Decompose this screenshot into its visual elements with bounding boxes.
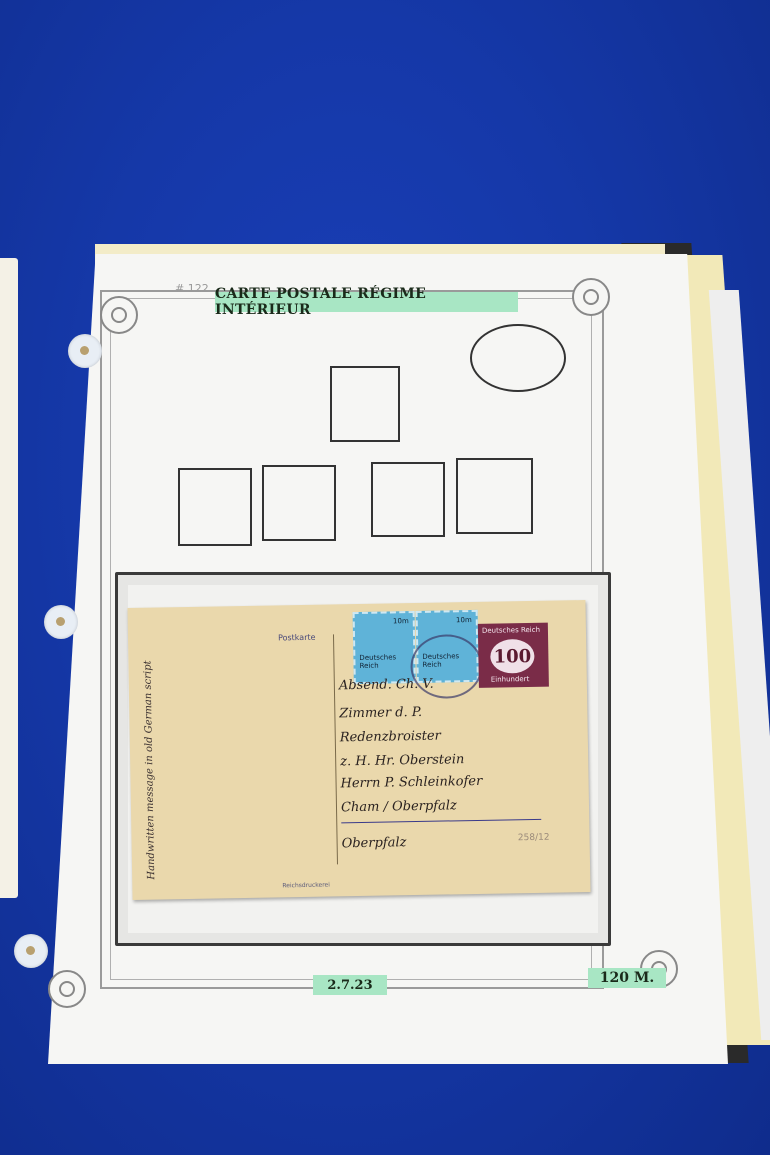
postcard-divider	[333, 634, 338, 864]
stamp-placeholder	[262, 465, 336, 541]
binder-hole	[14, 934, 48, 968]
address-line: z. H. Hr. Oberstein	[340, 752, 464, 769]
adjacent-album-page	[0, 258, 18, 898]
stamp-placeholder	[330, 366, 400, 442]
binder-hole	[68, 334, 102, 368]
corner-ornament-bottom-left	[48, 970, 86, 1008]
stamp-purple-100: Deutsches Reich 100 Einhundert	[478, 623, 549, 688]
postcard-footer: Reichsdruckerei	[282, 882, 330, 890]
stamp-blue-10m: Deutsches Reich 10m	[353, 611, 416, 684]
stamp-placeholder	[178, 468, 252, 546]
binder-hole	[44, 605, 78, 639]
postcard: Postkarte Handwritten message in old Ger…	[127, 600, 590, 900]
underline	[341, 819, 541, 823]
date-label: 2.7.23	[313, 975, 387, 995]
pencil-note: # 122	[175, 282, 209, 295]
handwritten-message: Handwritten message in old German script	[138, 637, 332, 880]
page-title-label: CARTE POSTALE RÉGIME INTÉRIEUR	[215, 292, 518, 312]
stamp-placeholder	[371, 462, 445, 537]
pencil-code: 258/12	[518, 833, 550, 844]
price-label: 120 M.	[588, 968, 666, 988]
postmark-placeholder	[470, 324, 566, 392]
address-line: Herrn P. Schleinkofer	[340, 774, 482, 791]
address-line: Absend. Ch. V.	[339, 677, 434, 694]
stamp-placeholder	[456, 458, 533, 534]
address-line: Zimmer d. P.	[339, 705, 422, 721]
corner-ornament-top-right	[572, 278, 610, 316]
address-line: Redenzbroister	[340, 729, 441, 746]
corner-ornament-top-left	[100, 296, 138, 334]
address-line: Cham / Oberpfalz	[341, 798, 457, 815]
address-line: Oberpfalz	[342, 835, 407, 851]
